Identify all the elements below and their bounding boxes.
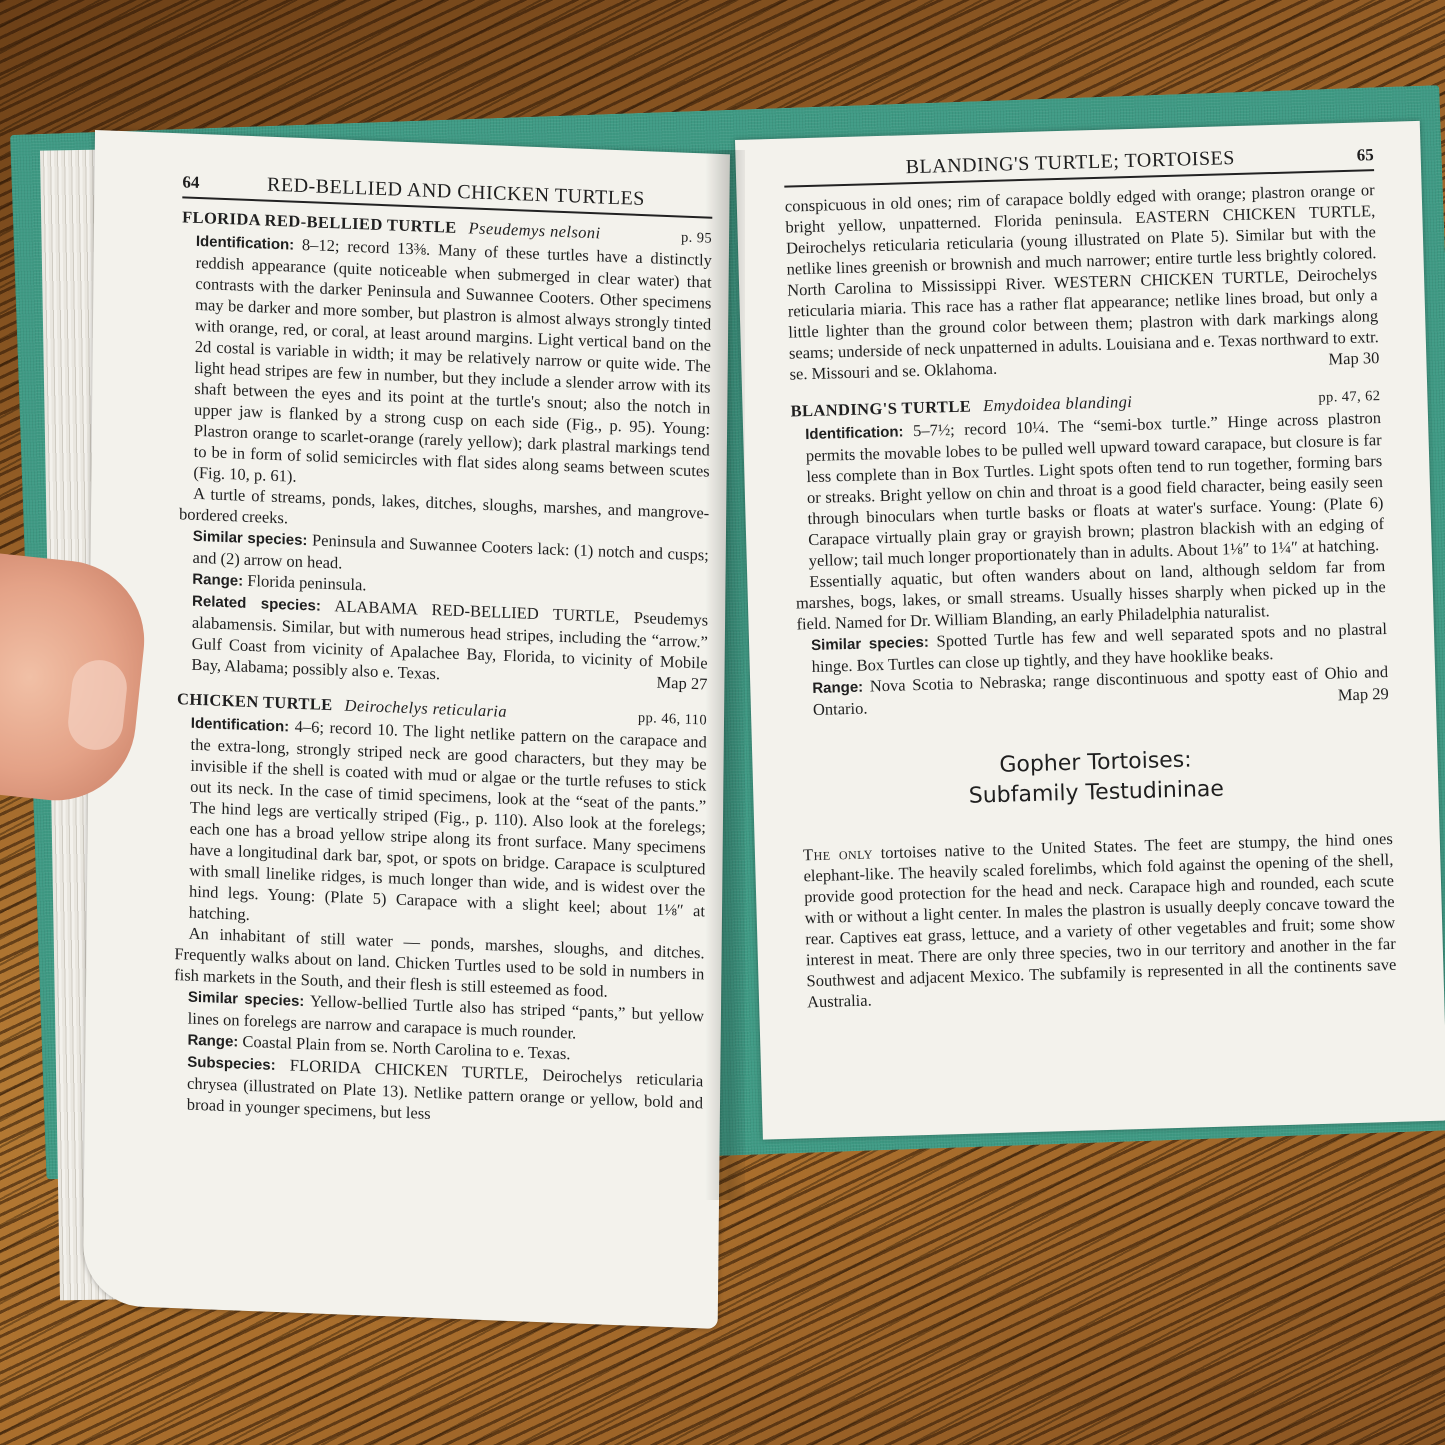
- species-entry: FLORIDA RED-BELLIED TURTLE Pseudemys nel…: [177, 206, 712, 694]
- page-number: 64: [182, 171, 199, 193]
- species-entry: CHICKEN TURTLE Deirochelys reticularia p…: [173, 688, 707, 1134]
- continuation-paragraph: conspicuous in old ones; rim of carapace…: [785, 179, 1380, 384]
- right-page: BLANDING'S TURTLE; TORTOISES 65 conspicu…: [735, 121, 1445, 1140]
- running-head-title: BLANDING'S TURTLE; TORTOISES: [784, 145, 1357, 182]
- page-reference: pp. 47, 62: [1318, 386, 1381, 409]
- map-reference: Map 30: [1328, 347, 1379, 369]
- map-reference: Map 27: [656, 672, 707, 695]
- map-reference: Map 29: [1338, 683, 1389, 705]
- book-gutter: [705, 150, 745, 1200]
- identification-paragraph: Identification: 5–7½; record 10¼. The “s…: [805, 407, 1385, 571]
- running-head-title: RED-BELLIED AND CHICKEN TURTLES: [199, 172, 712, 213]
- lead-in: The only: [803, 843, 873, 864]
- species-entry: BLANDING'S TURTLE Emydoidea blandingi pp…: [790, 384, 1389, 720]
- page-number: 65: [1356, 144, 1374, 165]
- identification-paragraph: Identification: 4–6; record 10. The ligh…: [189, 712, 707, 943]
- page-reference: pp. 46, 110: [638, 708, 707, 732]
- common-name: BLANDING'S TURTLE: [790, 396, 971, 422]
- section-body: The only tortoises native to the United …: [803, 828, 1397, 1012]
- left-page: 64 RED-BELLIED AND CHICKEN TURTLES FLORI…: [83, 130, 730, 1329]
- section-title: Gopher Tortoises: Subfamily Testudininae: [800, 740, 1391, 816]
- identification-paragraph: Identification: 8–12; record 13⅜. Many o…: [193, 230, 712, 503]
